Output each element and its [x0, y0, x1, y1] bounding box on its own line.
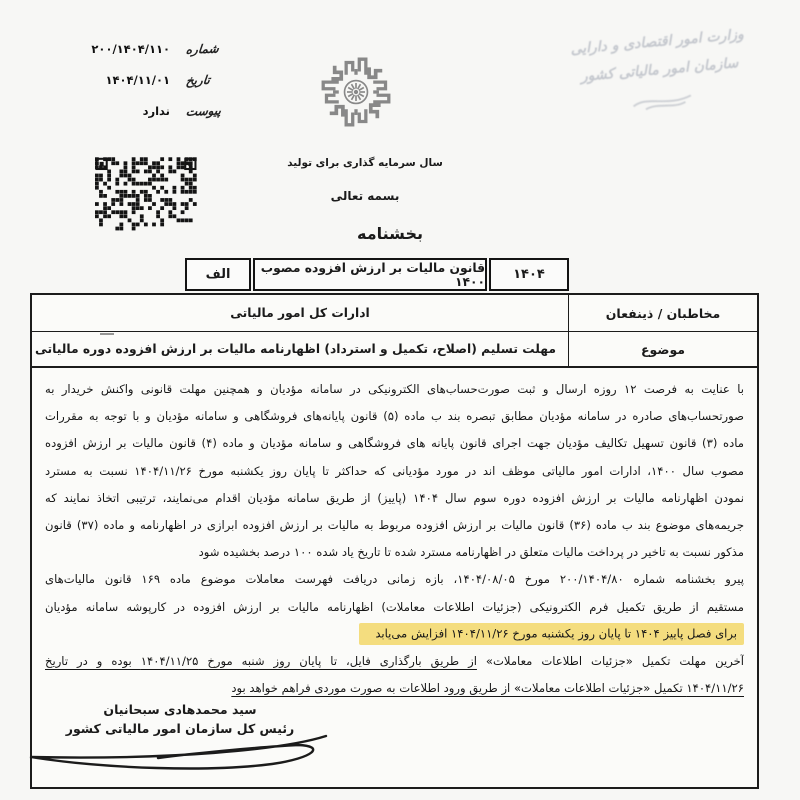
date-value: ۱۴۰۴/۱۱/۰۱ — [105, 73, 170, 87]
attachment-value: ندارد — [143, 104, 170, 118]
body-line: جریمه‌های موضوع بند ب ماده (۳۶) قانون ما… — [45, 512, 744, 539]
letterhead-script: وزارت امور اقتصادی و دارایی سازمان امور … — [542, 24, 778, 126]
document-meta: شماره ۲۰۰/۱۴۰۴/۱۱۰ تاریخ ۱۴۰۴/۱۱/۰۱ پیوس… — [38, 42, 228, 135]
classification-law-box: قانون مالیات بر ارزش افزوده مصوب ۱۴۰۰ — [253, 258, 487, 291]
meta-row-number: شماره ۲۰۰/۱۴۰۴/۱۱۰ — [38, 42, 228, 56]
attachment-label: پیوست — [185, 103, 229, 118]
classification-year-box: ۱۴۰۴ — [489, 258, 569, 291]
basmala: بسمه تعالی — [300, 189, 430, 203]
body-line: نمودن اظهارنامه مالیات بر ارزش افزوده دو… — [45, 485, 744, 512]
year-slogan: سال سرمایه گذاری برای تولید — [285, 157, 445, 169]
meta-row-attachment: پیوست ندارد — [38, 104, 228, 118]
recipients-value: ادارات کل امور مالیاتی — [32, 295, 568, 331]
body-line: برای فصل پاییز ۱۴۰۴ تا پایان روز یکشنبه … — [45, 621, 744, 648]
document-type-title: بخشنامه — [330, 224, 450, 243]
body-line: با عنایت به فرصت ۱۲ روزه ارسال و ثبت صور… — [45, 376, 744, 403]
body-line: ۱۴۰۴/۱۱/۲۶ تکمیل «جزئیات اطلاعات معاملات… — [45, 675, 744, 702]
scanned-circular-page: شماره ۲۰۰/۱۴۰۴/۱۱۰ تاریخ ۱۴۰۴/۱۱/۰۱ پیوس… — [0, 0, 800, 800]
body-line: آخرین مهلت تکمیل «جزئیات اطلاعات معاملات… — [45, 648, 744, 675]
body-line: پیرو بخشنامه شماره ۲۰۰/۱۴۰۴/۸۰ مورخ ۱۴۰۴… — [45, 566, 744, 593]
recipients-row: مخاطبان / ذینفعان ادارات کل امور مالیاتی — [32, 295, 757, 332]
handwritten-signature-icon — [20, 730, 330, 782]
number-label: شماره — [185, 41, 229, 56]
tax-administration-emblem-icon — [315, 50, 397, 134]
body-text: با عنایت به فرصت ۱۲ روزه ارسال و ثبت صور… — [32, 368, 757, 702]
meta-row-date: تاریخ ۱۴۰۴/۱۱/۰۱ — [38, 73, 228, 87]
body-line: مذکور نسبت به تاخیر در پرداخت مالیات متع… — [45, 539, 744, 566]
classification-grade-box: الف — [185, 258, 251, 291]
body-line: مصوب سال ۱۴۰۰، ادارات امور مالیاتی موظف … — [45, 458, 744, 485]
recipients-label: مخاطبان / ذینفعان — [568, 295, 757, 331]
body-line: صورتحساب‌های صادره در سامانه مؤدیان مطاب… — [45, 403, 744, 430]
signer-name: سید محمدهادی سبحانیان — [55, 702, 305, 717]
subject-label: موضوع — [568, 332, 757, 366]
date-label: تاریخ — [185, 72, 229, 87]
letterhead-flourish-icon — [626, 87, 698, 115]
qr-code-icon — [95, 156, 197, 232]
subject-row: موضوع مهلت تسلیم (اصلاح، تکمیل و استرداد… — [32, 332, 757, 368]
body-line: ماده (۳) قانون تسهیل تکالیف مؤدیان جهت ا… — [45, 430, 744, 457]
number-value: ۲۰۰/۱۴۰۴/۱۱۰ — [91, 42, 170, 56]
letterhead-line-2: سازمان امور مالیاتی کشور — [544, 52, 775, 88]
subject-value: مهلت تسلیم (اصلاح، تکمیل و استرداد) اظها… — [32, 332, 568, 366]
scan-artifact-mark — [100, 333, 114, 335]
body-line: مستقیم از طریق تکمیل فرم الکترونیکی (جزئ… — [45, 594, 744, 621]
